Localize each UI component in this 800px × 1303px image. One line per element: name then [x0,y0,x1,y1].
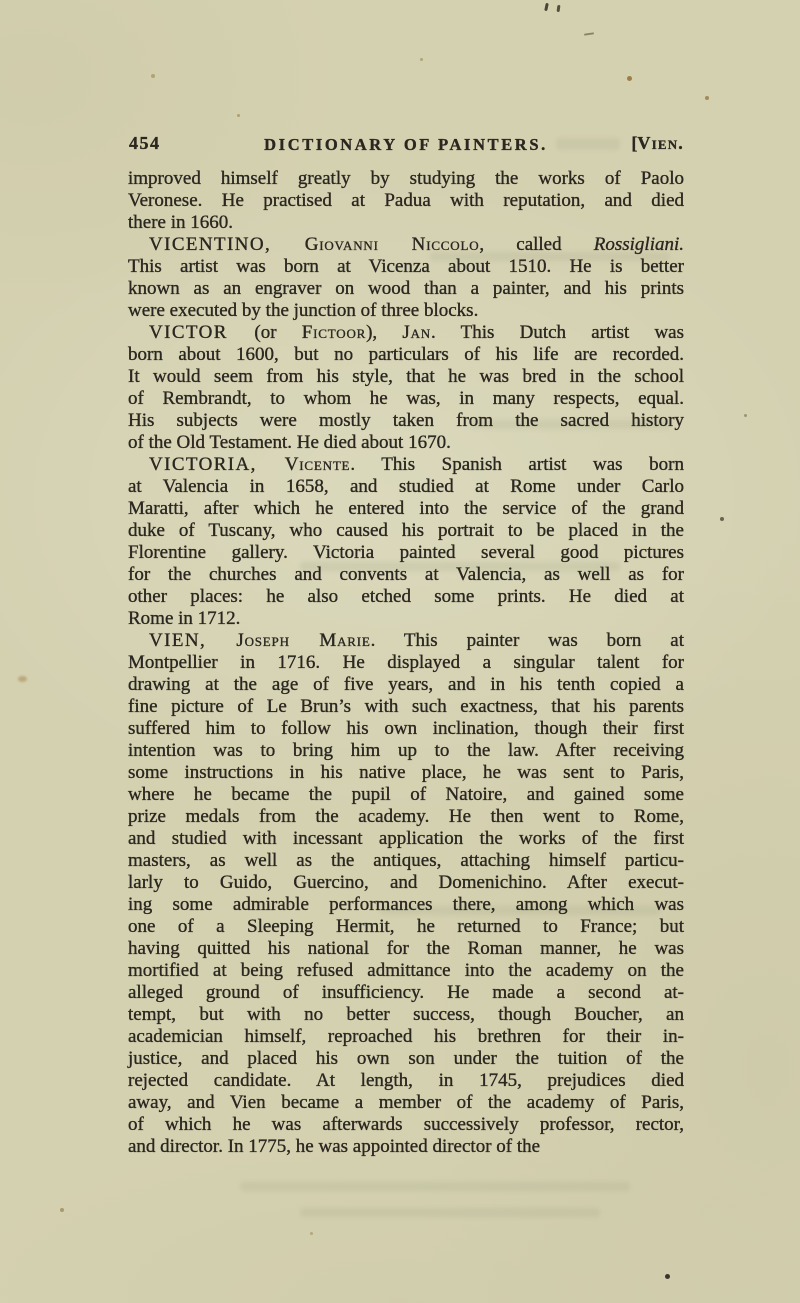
text-line: His subjects were mostly taken from the … [128,410,684,432]
text-segment: suffered him to follow his own inclinati… [128,718,684,739]
text-segment: one of a Sleeping Hermit, he returned to… [128,916,684,937]
text-line: Maratti, after which he entered into the… [128,498,684,520]
foxing-speck [310,1232,313,1235]
text-segment: of which he was afterwards successively … [128,1114,684,1135]
text-line: fine picture of Le Brun’s with such exac… [128,696,684,718]
text-segment: , called [479,234,593,255]
text-segment: for the churches and convents at Valenci… [128,564,684,585]
text-segment: Montpellier in 1716. He displayed a sing… [128,652,684,673]
foxing-speck [237,114,240,117]
text-line: other places: he also etched some prints… [128,586,684,608]
text-line: This artist was born at Vicenza about 15… [128,256,684,278]
text-segment: prize medals from the academy. He then w… [128,806,684,827]
text-segment: of the Old Testament. He died about 1670… [128,432,451,453]
foxing-speck [665,1274,670,1279]
foxing-speck [18,676,27,682]
text-segment: Florentine gallery. Victoria painted sev… [128,542,684,563]
text-line: drawing at the age of five years, and in… [128,674,684,696]
foxing-speck [720,517,724,521]
text-line: of Rembrandt, to whom he was, in many re… [128,388,684,410]
foxing-speck [544,3,549,11]
text-segment: . This painter was born at [371,630,684,651]
text-segment: Rome in 1712. [128,608,240,629]
foxing-speck [744,414,747,417]
foxing-speck [557,5,561,12]
entry-paragraph: improved himself greatly by studying the… [128,168,684,234]
text-segment: Vicente [285,454,351,475]
text-segment: justice, and placed his own son under th… [128,1048,684,1069]
text-line: duke of Tuscany, who caused his portrait… [128,520,684,542]
text-line: VIEN, Joseph Marie. This painter was bor… [128,630,684,652]
text-segment: This artist was born at Vicenza about 15… [128,256,684,277]
text-segment: . This Spanish artist was born [350,454,684,475]
text-segment: . This Dutch artist was [431,322,684,343]
text-line: at Valencia in 1658, and studied at Rome… [128,476,684,498]
text-line: where he became the pupil of Natoire, an… [128,784,684,806]
text-segment: born about 1600, but no particulars of h… [128,344,684,365]
text-line: ing some admirable performances there, a… [128,894,684,916]
text-segment: alleged ground of insufficiency. He made… [128,982,684,1003]
text-line: justice, and placed his own son under th… [128,1048,684,1070]
text-line: It would seem from his style, that he wa… [128,366,684,388]
text-line: were executed by the junction of three b… [128,300,684,322]
page-number: 454 [129,133,161,154]
foxing-speck [60,1208,64,1212]
text-line: Veronese. He practised at Padua with rep… [128,190,684,212]
text-line: and studied with incessant application t… [128,828,684,850]
text-segment: Joseph Marie [236,630,370,651]
text-segment: were executed by the junction of three b… [128,300,478,321]
text-segment: intention was to bring him up to the law… [128,740,684,761]
entry-paragraph: VICENTINO, Giovanni Niccolo, called Ross… [128,234,684,322]
text-line: tempt, but with no better success, thoug… [128,1004,684,1026]
text-segment: VICTOR [149,322,254,343]
text-line: mortified at being refused admittance in… [128,960,684,982]
text-segment: masters, as well as the antiques, attach… [128,850,684,871]
text-line: rejected candidate. At length, in 1745, … [128,1070,684,1092]
text-line: for the churches and convents at Valenci… [128,564,684,586]
catchword-text: Vien. [637,133,684,153]
text-segment: improved himself greatly by studying the… [128,168,684,189]
text-segment: Fictoor [302,322,366,343]
text-line: one of a Sleeping Hermit, he returned to… [128,916,684,938]
text-line: having quitted his national for the Roma… [128,938,684,960]
text-line: Rome in 1712. [128,608,684,630]
text-segment: Rossigliani. [594,234,684,255]
text-line: larly to Guido, Guercino, and Domenichin… [128,872,684,894]
text-line: prize medals from the academy. He then w… [128,806,684,828]
catchword: [Vien. [631,133,684,154]
text-line: improved himself greatly by studying the… [128,168,684,190]
text-line: VICTORIA, Vicente. This Spanish artist w… [128,454,684,476]
text-segment: VICTORIA, [149,454,285,475]
foxing-speck [627,76,632,81]
bleed-through-mark [300,1208,600,1217]
text-segment: some instructions in his native place, h… [128,762,684,783]
text-segment: at Valencia in 1658, and studied at Rome… [128,476,684,497]
text-segment: away, and Vien became a member of the ac… [128,1092,684,1113]
text-line: VICENTINO, Giovanni Niccolo, called Ross… [128,234,684,256]
entry-paragraph: VICTOR (or Fictoor), Jan. This Dutch art… [128,322,684,454]
foxing-speck [420,58,423,61]
text-segment: having quitted his national for the Roma… [128,938,684,959]
text-segment: known as an engraver on wood than a pain… [128,278,684,299]
text-line: of the Old Testament. He died about 1670… [128,432,684,454]
text-segment: Jan [402,322,431,343]
text-segment: Maratti, after which he entered into the… [128,498,684,519]
bleed-through-mark [240,1182,630,1191]
foxing-speck [151,74,155,78]
entry-paragraph: VIEN, Joseph Marie. This painter was bor… [128,630,684,1158]
text-segment: of Rembrandt, to whom he was, in many re… [128,388,684,409]
text-line: some instructions in his native place, h… [128,762,684,784]
text-line: suffered him to follow his own inclinati… [128,718,684,740]
text-segment: His subjects were mostly taken from the … [128,410,684,431]
text-segment: rejected candidate. At length, in 1745, … [128,1070,684,1091]
book-page: 454 DICTIONARY OF PAINTERS. [Vien. impro… [0,0,800,1303]
text-segment: It would seem from his style, that he wa… [128,366,684,387]
text-line: of which he was afterwards successively … [128,1114,684,1136]
text-segment: there in 1660. [128,212,233,233]
text-line: born about 1600, but no particulars of h… [128,344,684,366]
text-line: Montpellier in 1716. He displayed a sing… [128,652,684,674]
page-header: 454 DICTIONARY OF PAINTERS. [Vien. [128,132,684,158]
text-segment: (or [254,322,301,343]
text-segment: duke of Tuscany, who caused his portrait… [128,520,684,541]
foxing-speck [584,32,594,35]
text-block: improved himself greatly by studying the… [128,168,684,1158]
text-segment: VIEN, [149,630,236,651]
foxing-speck [705,96,709,100]
text-segment: fine picture of Le Brun’s with such exac… [128,696,684,717]
text-segment: Giovanni Niccolo [305,234,480,255]
text-segment: larly to Guido, Guercino, and Domenichin… [128,872,684,893]
text-segment: and studied with incessant application t… [128,828,684,849]
text-line: alleged ground of insufficiency. He made… [128,982,684,1004]
text-segment: ing some admirable performances there, a… [128,894,684,915]
text-segment: tempt, but with no better success, thoug… [128,1004,684,1025]
text-segment: mortified at being refused admittance in… [128,960,684,981]
text-line: VICTOR (or Fictoor), Jan. This Dutch art… [128,322,684,344]
text-segment: other places: he also etched some prints… [128,586,684,607]
text-segment: VICENTINO, [149,234,305,255]
text-segment: drawing at the age of five years, and in… [128,674,684,695]
text-line: known as an engraver on wood than a pain… [128,278,684,300]
text-line: and director. In 1775, he was appointed … [128,1136,684,1158]
running-title: DICTIONARY OF PAINTERS. [128,132,684,155]
text-segment: academician himself, reproached his bret… [128,1026,684,1047]
text-line: intention was to bring him up to the law… [128,740,684,762]
text-line: there in 1660. [128,212,684,234]
text-line: Florentine gallery. Victoria painted sev… [128,542,684,564]
text-segment: where he became the pupil of Natoire, an… [128,784,684,805]
entry-paragraph: VICTORIA, Vicente. This Spanish artist w… [128,454,684,630]
text-line: academician himself, reproached his bret… [128,1026,684,1048]
text-segment: ), [366,322,402,343]
text-line: away, and Vien became a member of the ac… [128,1092,684,1114]
text-segment: Veronese. He practised at Padua with rep… [128,190,684,211]
text-segment: and director. In 1775, he was appointed … [128,1136,540,1157]
text-line: masters, as well as the antiques, attach… [128,850,684,872]
